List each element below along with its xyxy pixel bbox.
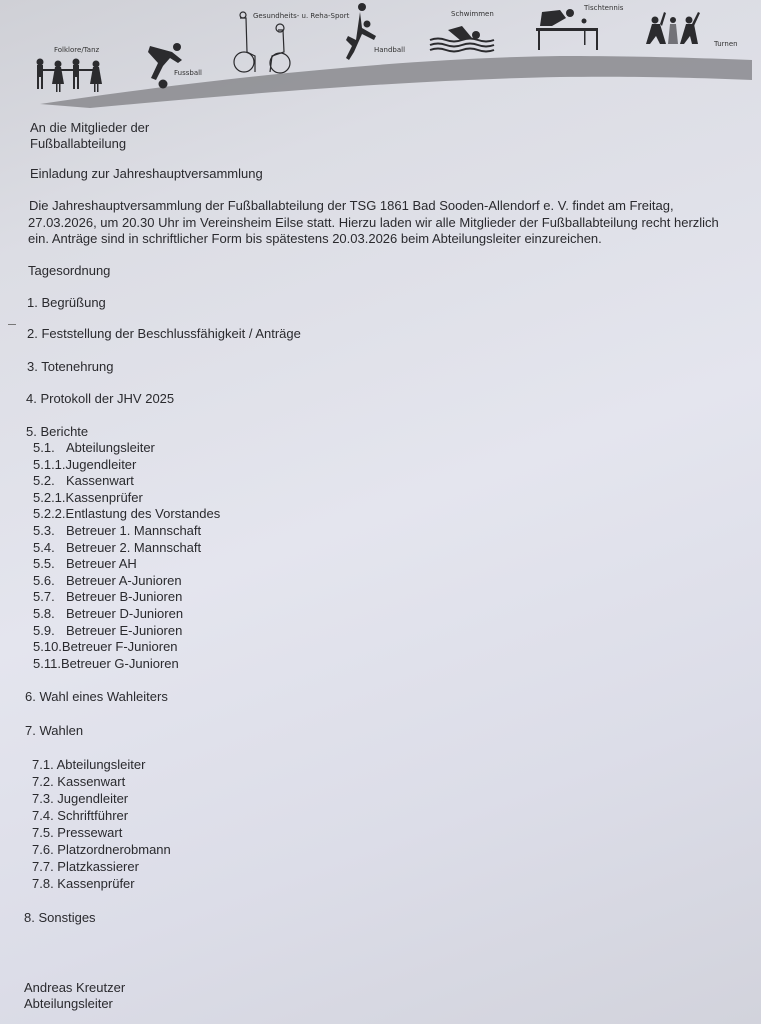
agenda-item: 7. Wahlen	[25, 723, 83, 739]
election-item: 7.8. Kassenprüfer	[32, 876, 135, 892]
agenda-title: Tagesordnung	[28, 263, 110, 279]
signature-name: Andreas Kreutzer	[24, 980, 125, 996]
election-item: 7.7. Platzkassierer	[32, 859, 139, 875]
report-item: 5.7.Betreuer B-Junioren	[33, 589, 182, 605]
report-label: Betreuer A-Junioren	[66, 573, 182, 588]
report-number: 5.2.2.	[33, 506, 66, 522]
report-item: 5.10.Betreuer F-Junioren	[33, 639, 178, 655]
election-item: 7.2. Kassenwart	[32, 774, 125, 790]
report-label: Betreuer E-Junioren	[66, 623, 182, 638]
report-number: 5.2.1.	[33, 490, 66, 506]
subject: Einladung zur Jahreshauptversammlung	[30, 166, 263, 182]
signature-role: Abteilungsleiter	[24, 996, 113, 1012]
agenda-item: 5. Berichte	[26, 424, 88, 440]
agenda-item: 3. Totenehrung	[27, 359, 114, 375]
report-number: 5.7.	[33, 589, 66, 605]
report-number: 5.1.	[33, 440, 66, 456]
report-item: 5.2.Kassenwart	[33, 473, 134, 489]
report-label: Entlastung des Vorstandes	[66, 506, 221, 521]
report-item: 5.1.1.Jugendleiter	[33, 457, 136, 473]
report-number: 5.6.	[33, 573, 66, 589]
report-item: 5.1.Abteilungsleiter	[33, 440, 155, 456]
margin-mark	[8, 324, 16, 325]
election-item: 7.4. Schriftführer	[32, 808, 128, 824]
report-item: 5.6.Betreuer A-Junioren	[33, 573, 182, 589]
report-number: 5.5.	[33, 556, 66, 572]
report-label: Betreuer F-Junioren	[62, 639, 178, 654]
report-label: Betreuer AH	[66, 556, 137, 571]
election-item: 7.3. Jugendleiter	[32, 791, 128, 807]
report-item: 5.8.Betreuer D-Junioren	[33, 606, 183, 622]
report-label: Betreuer D-Junioren	[66, 606, 183, 621]
agenda-item: 2. Feststellung der Beschlussfähigkeit /…	[27, 326, 301, 342]
body-line: ein. Anträge sind in schriftlicher Form …	[28, 231, 602, 247]
report-number: 5.2.	[33, 473, 66, 489]
report-label: Kassenprüfer	[66, 490, 143, 505]
report-label: Kassenwart	[66, 473, 134, 488]
report-number: 5.10.	[33, 639, 62, 655]
agenda-item: 6. Wahl eines Wahleiters	[25, 689, 168, 705]
election-item: 7.1. Abteilungsleiter	[32, 757, 145, 773]
agenda-item: 1. Begrüßung	[27, 295, 106, 311]
report-label: Betreuer 1. Mannschaft	[66, 523, 201, 538]
letter: An die Mitglieder der Fußballabteilung E…	[0, 0, 761, 1024]
report-label: Jugendleiter	[66, 457, 137, 472]
report-label: Betreuer G-Junioren	[61, 656, 179, 671]
report-number: 5.9.	[33, 623, 66, 639]
report-label: Betreuer 2. Mannschaft	[66, 540, 201, 555]
agenda-item: 8. Sonstiges	[24, 910, 96, 926]
report-number: 5.8.	[33, 606, 66, 622]
election-item: 7.6. Platzordnerobmann	[32, 842, 171, 858]
report-item: 5.2.2.Entlastung des Vorstandes	[33, 506, 220, 522]
body-line: Die Jahreshauptversammlung der Fußballab…	[29, 198, 674, 214]
report-item: 5.11.Betreuer G-Junioren	[33, 656, 179, 672]
report-item: 5.9.Betreuer E-Junioren	[33, 623, 182, 639]
report-number: 5.1.1.	[33, 457, 66, 473]
report-item: 5.2.1.Kassenprüfer	[33, 490, 143, 506]
recipient-line: Fußballabteilung	[30, 136, 126, 152]
agenda-item: 4. Protokoll der JHV 2025	[26, 391, 174, 407]
report-label: Betreuer B-Junioren	[66, 589, 182, 604]
report-label: Abteilungsleiter	[66, 440, 155, 455]
report-number: 5.11.	[33, 656, 61, 672]
report-number: 5.4.	[33, 540, 66, 556]
report-item: 5.3.Betreuer 1. Mannschaft	[33, 523, 201, 539]
body-line: 27.03.2026, um 20.30 Uhr im Vereinsheim …	[28, 215, 719, 231]
recipient-line: An die Mitglieder der	[30, 120, 149, 136]
report-item: 5.4.Betreuer 2. Mannschaft	[33, 540, 201, 556]
report-item: 5.5.Betreuer AH	[33, 556, 137, 572]
report-number: 5.3.	[33, 523, 66, 539]
election-item: 7.5. Pressewart	[32, 825, 122, 841]
